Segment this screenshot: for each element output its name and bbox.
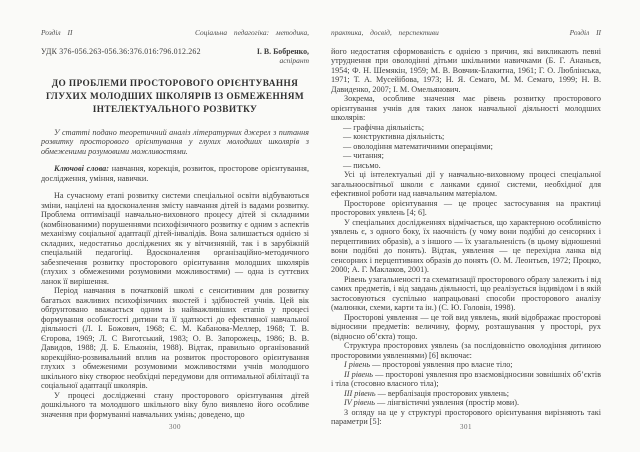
page-number: 300 [41, 423, 309, 433]
body-paragraph: його недостатня сформованість є однією з… [331, 47, 601, 95]
list-item: — читання; [343, 151, 601, 161]
body-paragraph: Період навчання в початковій школі є сен… [41, 286, 309, 391]
running-head: Розділ II Соціальна педагогіка: методика… [41, 28, 309, 38]
page-number: 301 [331, 423, 601, 433]
abstract-text: У статті подано теоретичний аналіз літер… [41, 128, 309, 157]
level-label: III рівень [344, 389, 376, 398]
level-text: — просторові уявлення про власне тіло; [370, 360, 512, 369]
level-label: IV рівень [344, 398, 375, 407]
level-text: — лінгвістичні уявлення (простір мови). [375, 398, 519, 407]
article-title: ДО ПРОБЛЕМИ ПРОСТОРОВОГО ОРІЄНТУВАННЯ ГЛ… [41, 78, 309, 117]
level-text: — вербалізація просторових уявлень; [376, 389, 509, 398]
body-paragraph: Просторові уявлення — це той вид уявлень… [331, 313, 601, 342]
list-item: — письмо. [343, 161, 601, 171]
body-paragraph: У спеціальних дослідженнях відмічається,… [331, 218, 601, 275]
level-item: II рівень — просторові уявлення про взає… [331, 370, 601, 389]
level-label: II рівень [344, 370, 373, 379]
scanned-book-spread: Розділ II Соціальна педагогіка: методика… [0, 0, 640, 452]
running-head-right: Соціальна педагогіка: методика, [195, 28, 309, 38]
article-title-line: ІНТЕЛЕКТУАЛЬНОГО РОЗВИТКУ [41, 104, 309, 117]
body-paragraph: Структура просторових уявлень (за послід… [331, 341, 601, 360]
udc-number: УДК 376-056.263-056.36:376.016:796.012.2… [41, 47, 201, 57]
body-paragraph: У процесі дослідженні стану просторового… [41, 391, 309, 420]
author-name: І. В. Бобренко, [257, 47, 309, 56]
body-paragraph: На сучасному етапі розвитку системи спец… [41, 191, 309, 286]
running-head: практика, досвід, перспективи Розділ II [331, 28, 601, 38]
udc-author-row: УДК 376-056.263-056.36:376.016:796.012.2… [41, 47, 309, 65]
body-paragraph: Усі ці інтелектуальні дії у навчально-ви… [331, 170, 601, 199]
level-item: I рівень — просторові уявлення про власн… [331, 360, 601, 370]
author-role: аспірант [279, 56, 309, 65]
keywords-line: Ключові слова: навчання, корекція, розви… [41, 164, 309, 183]
left-page: Розділ II Соціальна педагогіка: методика… [41, 28, 309, 432]
article-title-line: ДО ПРОБЛЕМИ ПРОСТОРОВОГО ОРІЄНТУВАННЯ [41, 78, 309, 91]
running-head-left: Розділ II [41, 28, 72, 38]
article-title-line: ГЛУХИХ МОЛОДШИХ ШКОЛЯРІВ ІЗ ОБМЕЖЕННЯМ [41, 91, 309, 104]
body-paragraph: Зокрема, особливе значення має рівень ро… [331, 94, 601, 123]
body-paragraph: Просторове орієнтування — це процес заст… [331, 199, 601, 218]
level-item: III рівень — вербалізація просторових уя… [331, 389, 601, 399]
running-head-left: практика, досвід, перспективи [331, 28, 439, 38]
author-block: І. В. Бобренко, аспірант [257, 47, 309, 65]
list-item: — конструктивна діяльність; [343, 132, 601, 142]
list-item: — оволодіння математичними операціями; [343, 142, 601, 152]
right-page: практика, досвід, перспективи Розділ II … [331, 28, 601, 432]
running-head-right: Розділ II [570, 28, 601, 38]
list-item: — графічна діяльність; [343, 123, 601, 133]
dash-list: — графічна діяльність; — конструктивна д… [331, 123, 601, 171]
body-paragraph: Рівень узагальненості та схематизації пр… [331, 275, 601, 313]
level-item: IV рівень — лінгвістичні уявлення (прост… [331, 398, 601, 408]
level-label: I рівень [344, 360, 370, 369]
keywords-label: Ключові слова: [54, 164, 109, 173]
